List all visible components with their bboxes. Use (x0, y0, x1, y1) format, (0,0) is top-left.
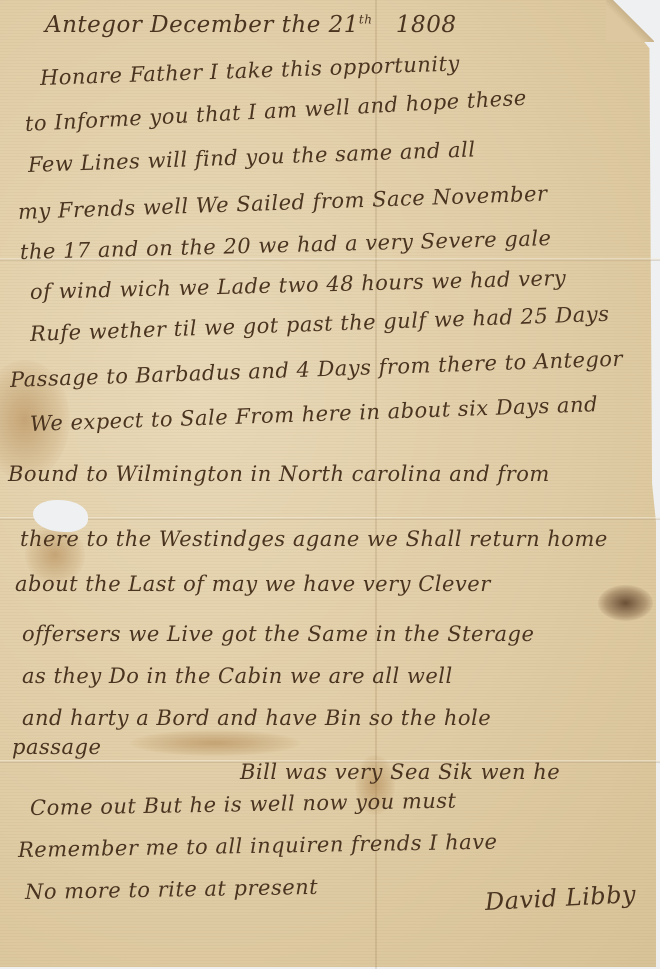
letter-line: passage (12, 735, 101, 759)
letter-line: offersers we Live got the Same in the St… (22, 622, 534, 646)
letter-line: and harty a Bord and have Bin so the hol… (22, 706, 491, 730)
letter-text: Antegor December the 21th 1808 Honare Fa… (0, 0, 660, 969)
heading-place: Antegor (45, 12, 142, 38)
letter-line: to Informe you that I am well and hope t… (24, 86, 527, 136)
letter-line: about the Last of may we have very Cleve… (15, 572, 491, 596)
heading-year: 1808 (396, 12, 457, 38)
letter-heading: Antegor December the 21th 1808 (45, 12, 456, 38)
letter-line: Rufe wether til we got past the gulf we … (30, 302, 610, 346)
letter-line: Passage to Barbadus and 4 Days from ther… (10, 347, 624, 392)
letter-line: as they Do in the Cabin we are all well (22, 664, 453, 688)
letter-line: Bill was very Sea Sik wen he (240, 760, 560, 784)
letter-line: Come out But he is well now you must (30, 789, 457, 820)
letter-line: Few Lines will find you the same and all (28, 137, 476, 177)
letter-line: Remember me to all inquiren frends I hav… (18, 830, 498, 862)
salutation-line: Honare Father I take this opportunity (40, 51, 461, 90)
heading-day-suffix: th (359, 12, 373, 26)
letter-line: the 17 and on the 20 we had a very Sever… (20, 226, 552, 264)
heading-month: December the (150, 12, 321, 38)
letter-line: of wind wich we Lade two 48 hours we had… (30, 266, 567, 304)
letter-line: Bound to Wilmington in North carolina an… (8, 462, 550, 486)
letter-line: my Frends well We Sailed from Sace Novem… (18, 182, 548, 224)
letter-line: We expect to Sale From here in about six… (30, 392, 599, 436)
heading-day: 21 (329, 12, 359, 38)
letter-line: No more to rite at present (25, 875, 319, 904)
signature: David Libby (484, 880, 636, 916)
letter-line: there to the Westindges agane we Shall r… (20, 527, 608, 551)
